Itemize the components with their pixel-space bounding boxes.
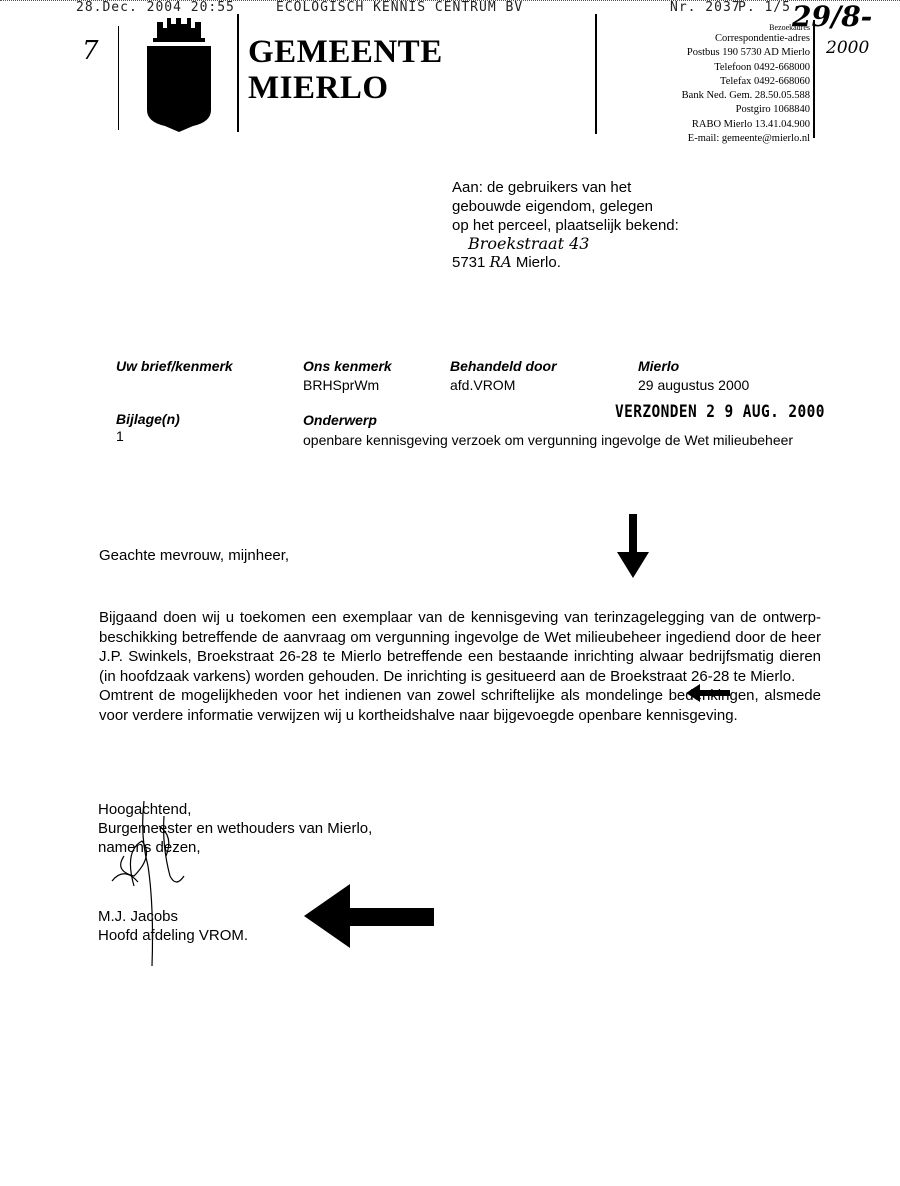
body-paragraph-1: Bijgaand doen wij u toekomen een exempla… — [99, 608, 821, 686]
fax-datetime: 28.Dec. 2004 20:55 — [76, 0, 235, 15]
sent-stamp: VERZONDEN 2 9 AUG. 2000 — [615, 402, 825, 422]
rabo: RABO Mierlo 13.41.04.900 — [570, 118, 810, 132]
recipient-line-1: Aan: de gebruikers van het — [452, 178, 679, 197]
recipient-line-3: op het perceel, plaatselijk bekend: — [452, 216, 679, 235]
arrow-left-icon — [686, 684, 730, 707]
handwritten-left-mark: 7 — [82, 36, 99, 66]
divider-letterhead — [237, 14, 239, 132]
municipality-line-1: GEMEENTE — [248, 34, 443, 70]
recipient-line-2: gebouwde eigendom, gelegen — [452, 197, 679, 216]
fax-header: 28.Dec. 2004 20:55 ECOLOGISCH KENNIS CEN… — [0, 0, 900, 16]
letter-date: 29 augustus 2000 — [638, 377, 749, 393]
fax-number: Nr. 2037 — [670, 0, 741, 15]
email-link[interactable]: E-mail: gemeente@mierlo.nl — [570, 132, 810, 146]
visit-address-label: Bezoekadres — [570, 23, 810, 32]
bijlage-value: 1 — [116, 428, 124, 444]
telefax: Telefax 0492-668060 — [570, 75, 810, 89]
ons-kenmerk-label: Ons kenmerk — [303, 358, 392, 374]
arrow-down-icon — [617, 514, 649, 583]
municipality-title: GEMEENTE MIERLO — [248, 34, 443, 106]
ons-kenmerk-value: BRHSprWm — [303, 377, 379, 393]
postgiro: Postgiro 1068840 — [570, 103, 810, 117]
letter-body: Bijgaand doen wij u toekomen een exempla… — [99, 608, 821, 725]
onderwerp-value: openbare kennisgeving verzoek om vergunn… — [303, 431, 803, 449]
municipality-line-2: MIERLO — [248, 70, 443, 106]
behandeld-door-value: afd.VROM — [450, 377, 515, 393]
recipient-postcode: 5731 — [452, 254, 485, 271]
salutation: Geachte mevrouw, mijnheer, — [99, 547, 289, 564]
divider-left — [118, 26, 119, 130]
correspondence-label: Correspondentie-adres — [570, 32, 810, 46]
bijlage-label: Bijlage(n) — [116, 411, 180, 427]
divider-contact-right — [813, 20, 815, 138]
recipient-street-handwritten: Broekstraat 43 — [452, 235, 679, 253]
recipient-postcode-letters: RA — [490, 253, 512, 271]
fax-page: P. 1/5 — [738, 0, 791, 15]
postbus: Postbus 190 5730 AD Mierlo — [570, 46, 810, 60]
fax-sender: ECOLOGISCH KENNIS CENTRUM BV — [276, 0, 523, 15]
bank: Bank Ned. Gem. 28.50.05.588 — [570, 89, 810, 103]
signature-icon — [104, 796, 214, 976]
telefoon: Telefoon 0492-668000 — [570, 61, 810, 75]
behandeld-door-label: Behandeld door — [450, 358, 557, 374]
recipient-address: Aan: de gebruikers van het gebouwde eige… — [452, 178, 679, 272]
place-label: Mierlo — [638, 358, 679, 374]
handwritten-year-note: 2000 — [826, 38, 869, 58]
recipient-city: Mierlo. — [516, 254, 561, 271]
municipal-crest-icon — [143, 18, 215, 139]
contact-block: Bezoekadres Correspondentie-adres Postbu… — [570, 23, 810, 146]
uw-brief-label: Uw brief/kenmerk — [116, 358, 233, 374]
arrow-left-icon-large — [304, 884, 434, 953]
onderwerp-label: Onderwerp — [303, 412, 377, 428]
